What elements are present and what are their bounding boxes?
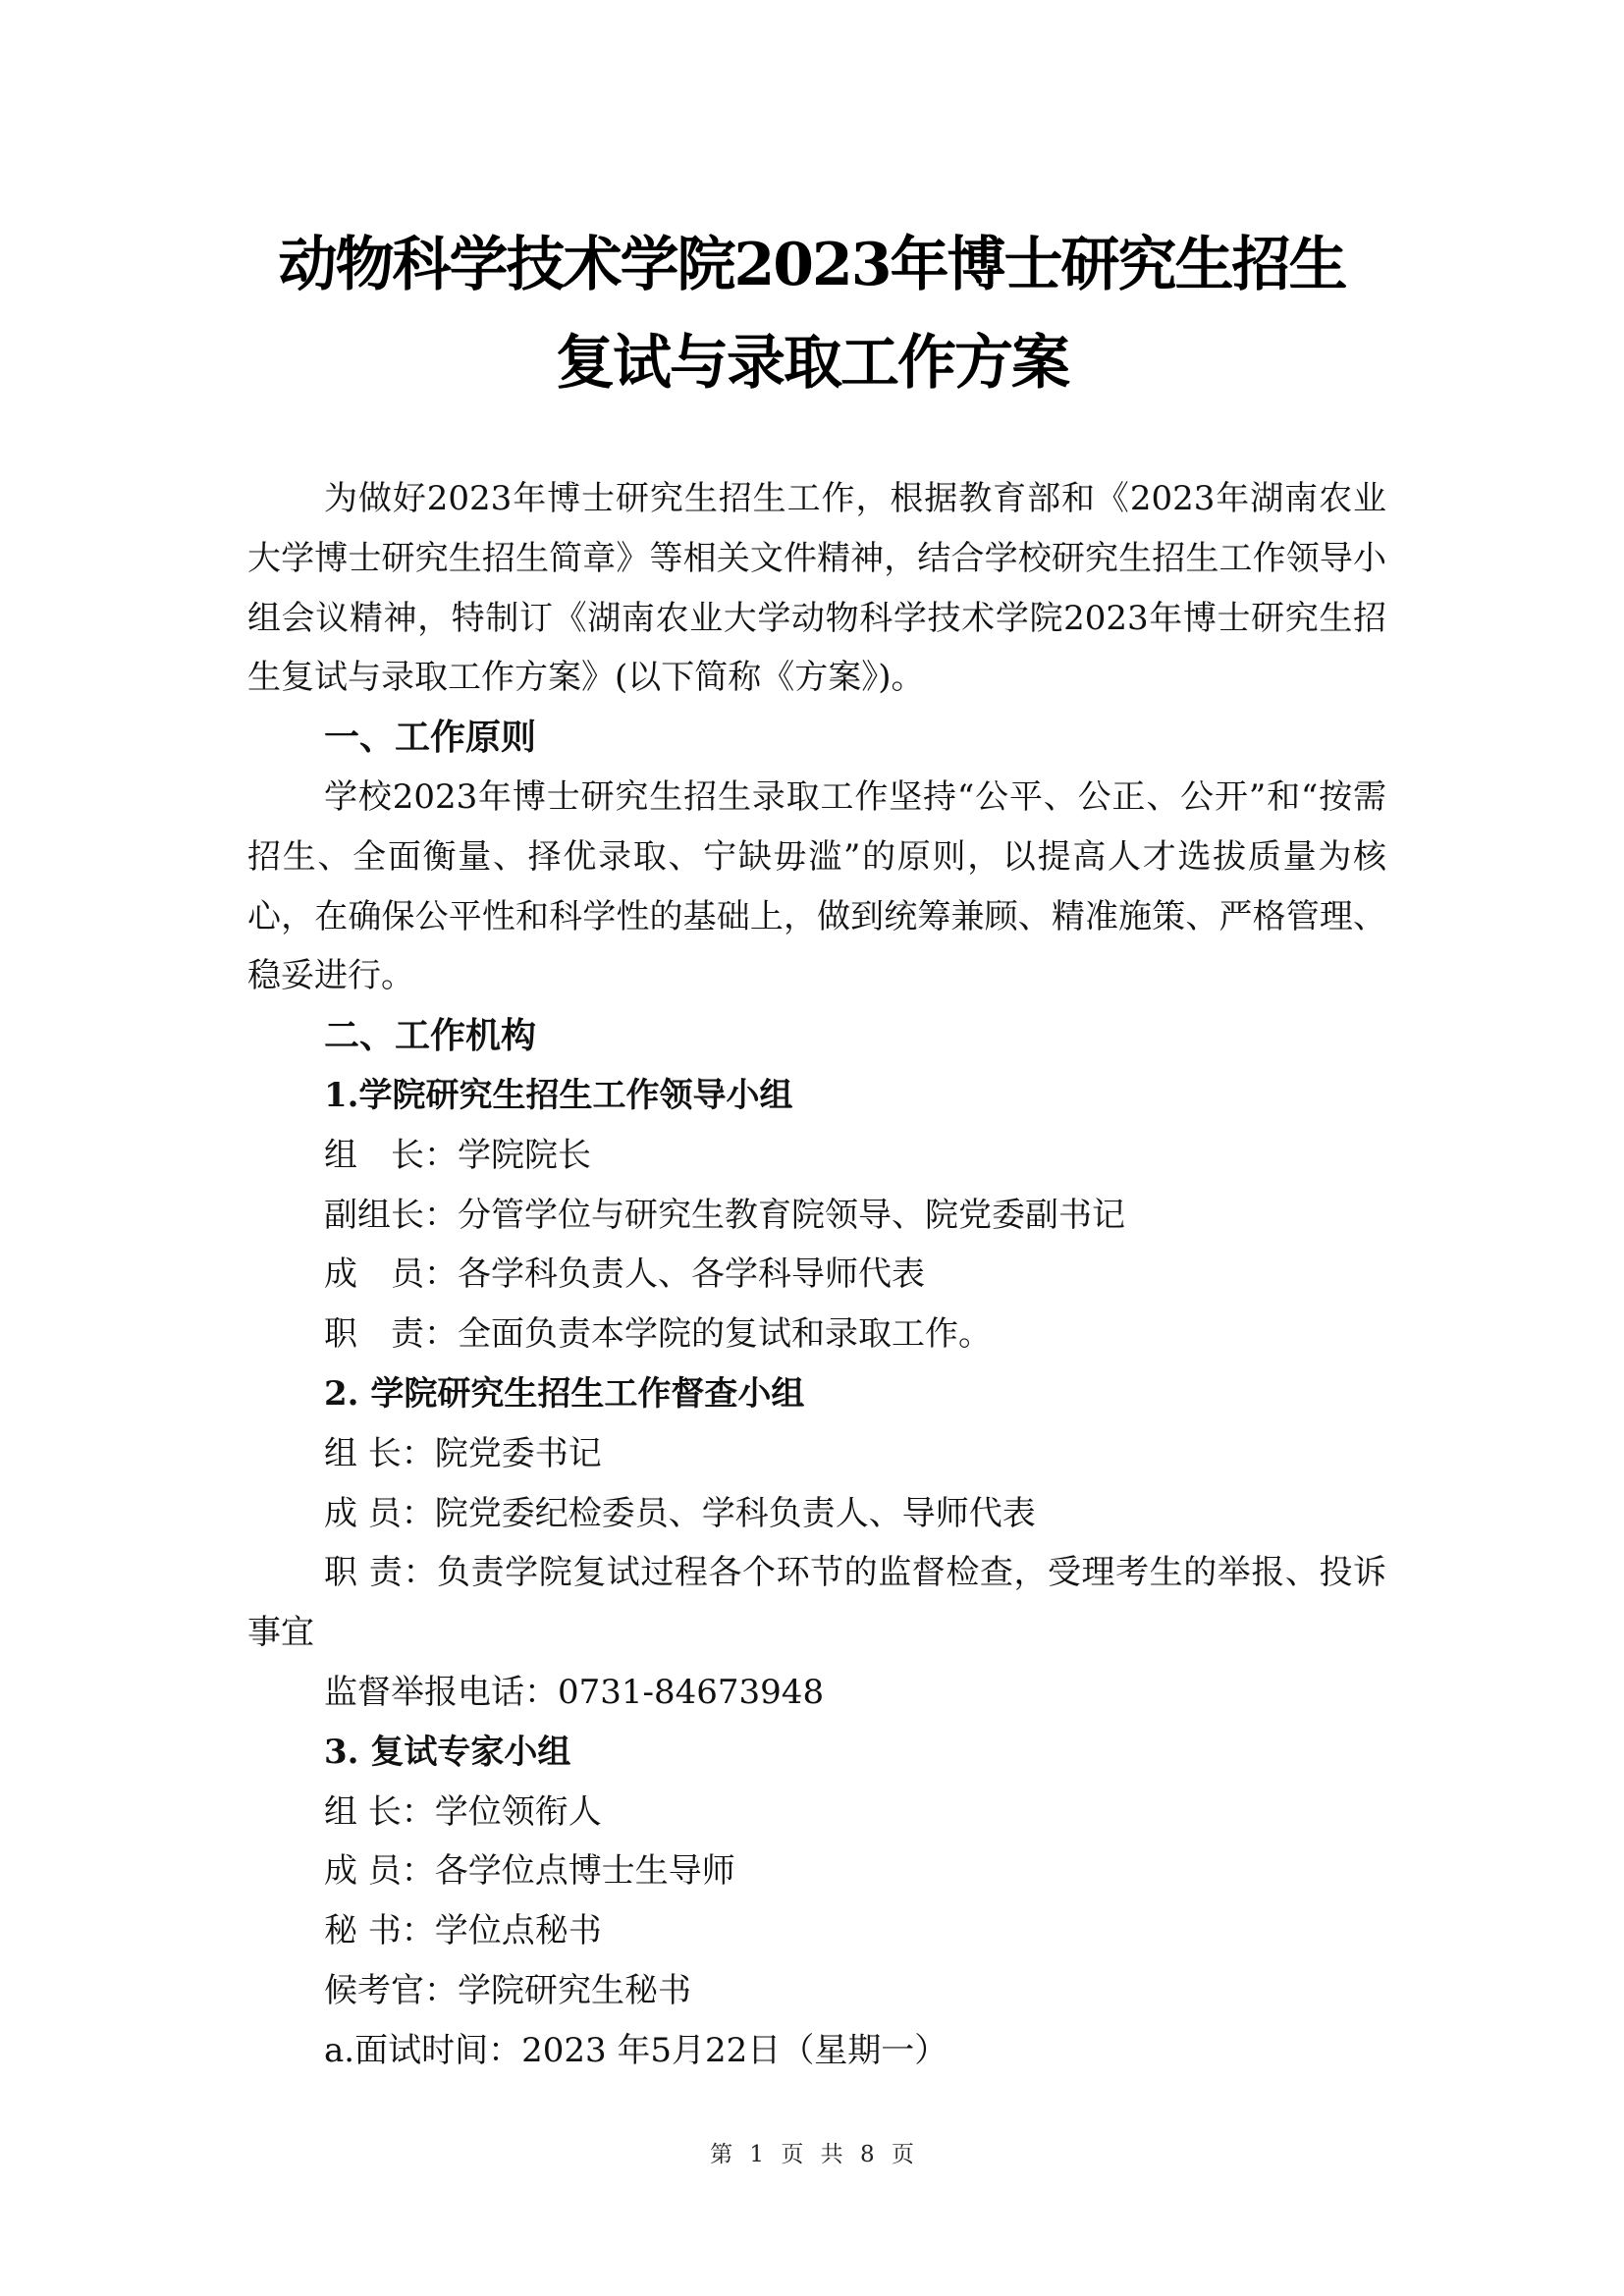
leadership-duty: 职 责：全面负责本学院的复试和录取工作。 — [247, 1305, 1386, 1364]
document-body: 为做好2023年博士研究生招生工作，根据教育部和《2023年湖南农业大学博士研究… — [247, 469, 1386, 2081]
expert-secretary: 秘 书：学位点秘书 — [247, 1901, 1386, 1961]
expert-waiting-officer: 候考官：学院研究生秘书 — [247, 1961, 1386, 2021]
supervision-members: 成 员：院党委纪检委员、学科负责人、导师代表 — [247, 1484, 1386, 1544]
leadership-leader: 组 长：学院院长 — [247, 1126, 1386, 1186]
supervision-phone: 监督举报电话：0731-84673948 — [247, 1663, 1386, 1723]
intro-paragraph: 为做好2023年博士研究生招生工作，根据教育部和《2023年湖南农业大学博士研究… — [247, 469, 1386, 708]
group-heading-leadership: 1.学院研究生招生工作领导小组 — [247, 1066, 1386, 1126]
group-heading-expert: 3. 复试专家小组 — [247, 1723, 1386, 1783]
section-heading-organization: 二、工作机构 — [247, 1006, 1386, 1066]
page-number-footer: 第 1 页 共 8 页 — [0, 2136, 1624, 2168]
leadership-members: 成 员：各学科负责人、各学科导师代表 — [247, 1245, 1386, 1305]
expert-members: 成 员：各学位点博士生导师 — [247, 1842, 1386, 1901]
leadership-deputy: 副组长：分管学位与研究生教育院领导、院党委副书记 — [247, 1186, 1386, 1246]
document-title-line-2: 复试与录取工作方案 — [0, 316, 1624, 400]
supervision-leader: 组 长：院党委书记 — [247, 1424, 1386, 1484]
expert-leader: 组 长：学位领衔人 — [247, 1783, 1386, 1842]
section-heading-principles: 一、工作原则 — [247, 708, 1386, 768]
group-heading-supervision: 2. 学院研究生招生工作督查小组 — [247, 1364, 1386, 1424]
supervision-duty: 职 责：负责学院复试过程各个环节的监督检查，受理考生的举报、投诉事宜 — [247, 1543, 1386, 1663]
interview-time: a.面试时间：2023 年5月22日（星期一） — [247, 2021, 1386, 2081]
document-title-line-1: 动物科学技术学院2023年博士研究生招生 — [0, 218, 1624, 302]
principles-paragraph: 学校2023年博士研究生招生录取工作坚持“公平、公正、公开”和“按需招生、全面衡… — [247, 768, 1386, 1006]
